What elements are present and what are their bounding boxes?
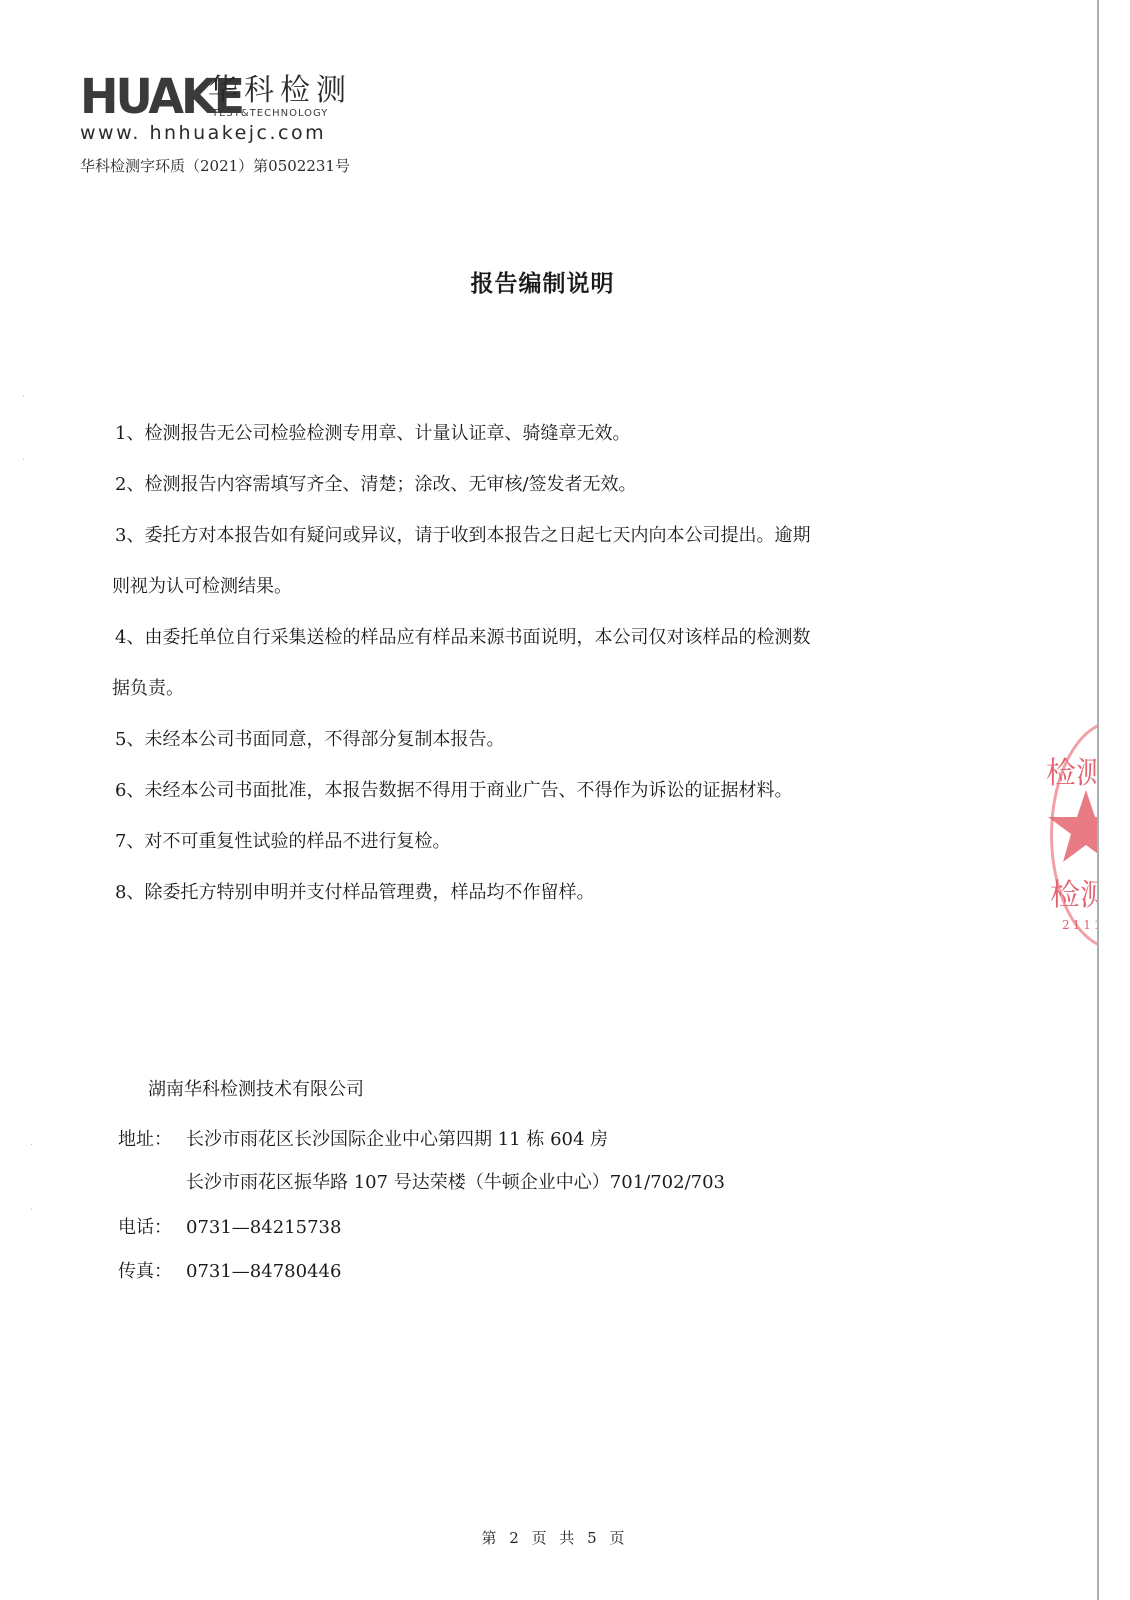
clause-continuation: 据负责。 [112,663,985,714]
seal-stamp: 检测技 检测 2111 [1040,720,1098,950]
address-line-1: 长沙市雨花区长沙国际企业中心第四期 11 栋 604 房 [186,1129,608,1150]
clause-item: 1、检测报告无公司检验检测专用章、计量认证章、骑缝章无效。 [115,408,985,459]
phone-number: 0731—84215738 [186,1217,341,1238]
scan-mark: · [30,1140,33,1151]
page-number: 第 2 页 共 5 页 [0,1527,1110,1548]
scan-mark: · [22,392,25,403]
clause-text: 8、除委托方特别申明并支付样品管理费，样品均不作留样。 [115,882,594,903]
clause-item: 3、委托方对本报告如有疑问或异议，请于收到本报告之日起七天内向本公司提出。逾期 … [115,510,985,612]
clause-continuation: 则视为认可检测结果。 [112,561,985,612]
seal-bottom-text: 检测 [1050,870,1098,914]
logo-english-tagline: TEST&TECHNOLOGY [212,108,328,119]
scan-mark: · [30,1205,33,1216]
clause-item: 2、检测报告内容需填写齐全、清楚；涂改、无审核/签发者无效。 [115,459,985,510]
clause-text: 3、委托方对本报告如有疑问或异议，请于收到本报告之日起七天内向本公司提出。逾期 [115,525,810,546]
clause-item: 8、除委托方特别申明并支付样品管理费，样品均不作留样。 [115,867,985,918]
address-line-2: 长沙市雨花区振华路 107 号达荣楼（牛顿企业中心）701/702/703 [186,1168,725,1194]
company-name: 湖南华科检测技术有限公司 [148,1075,364,1101]
seal-number: 2111 [1062,918,1098,932]
fax-number: 0731—84780446 [186,1261,341,1282]
address-row: 地址：长沙市雨花区长沙国际企业中心第四期 11 栋 604 房 [118,1125,608,1151]
address-label: 地址： [118,1125,186,1151]
clause-text: 4、由委托单位自行采集送检的样品应有样品来源书面说明，本公司仅对该样品的检测数 [115,627,810,648]
clause-text: 6、未经本公司书面批准，本报告数据不得用于商业广告、不得作为诉讼的证据材料。 [115,780,792,801]
fax-row: 传真：0731—84780446 [118,1257,341,1283]
clause-text: 1、检测报告无公司检验检测专用章、计量认证章、骑缝章无效。 [115,423,630,444]
clause-item: 4、由委托单位自行采集送检的样品应有样品来源书面说明，本公司仅对该样品的检测数 … [115,612,985,714]
clause-item: 7、对不可重复性试验的样品不进行复检。 [115,816,985,867]
seal-star-icon [1046,788,1098,864]
clause-text: 5、未经本公司书面同意，不得部分复制本报告。 [115,729,504,750]
phone-row: 电话：0731—84215738 [118,1213,341,1239]
phone-label: 电话： [118,1213,186,1239]
clause-text: 7、对不可重复性试验的样品不进行复检。 [115,831,450,852]
page-title: 报告编制说明 [0,265,1085,298]
website-url: www. hnhuakejc.com [80,122,326,144]
scan-mark: · [22,455,25,466]
clause-item: 6、未经本公司书面批准，本报告数据不得用于商业广告、不得作为诉讼的证据材料。 [115,765,985,816]
scan-margin [1099,0,1130,1600]
seal-top-text: 检测技 [1046,748,1098,792]
clause-list: 1、检测报告无公司检验检测专用章、计量认证章、骑缝章无效。 2、检测报告内容需填… [115,408,985,918]
fax-label: 传真： [118,1257,186,1283]
report-number: 华科检测字环质（2021）第0502231号 [80,155,350,176]
logo-chinese-name: 华科检测 [208,74,352,108]
clause-item: 5、未经本公司书面同意，不得部分复制本报告。 [115,714,985,765]
clause-text: 2、检测报告内容需填写齐全、清楚；涂改、无审核/签发者无效。 [115,474,637,495]
